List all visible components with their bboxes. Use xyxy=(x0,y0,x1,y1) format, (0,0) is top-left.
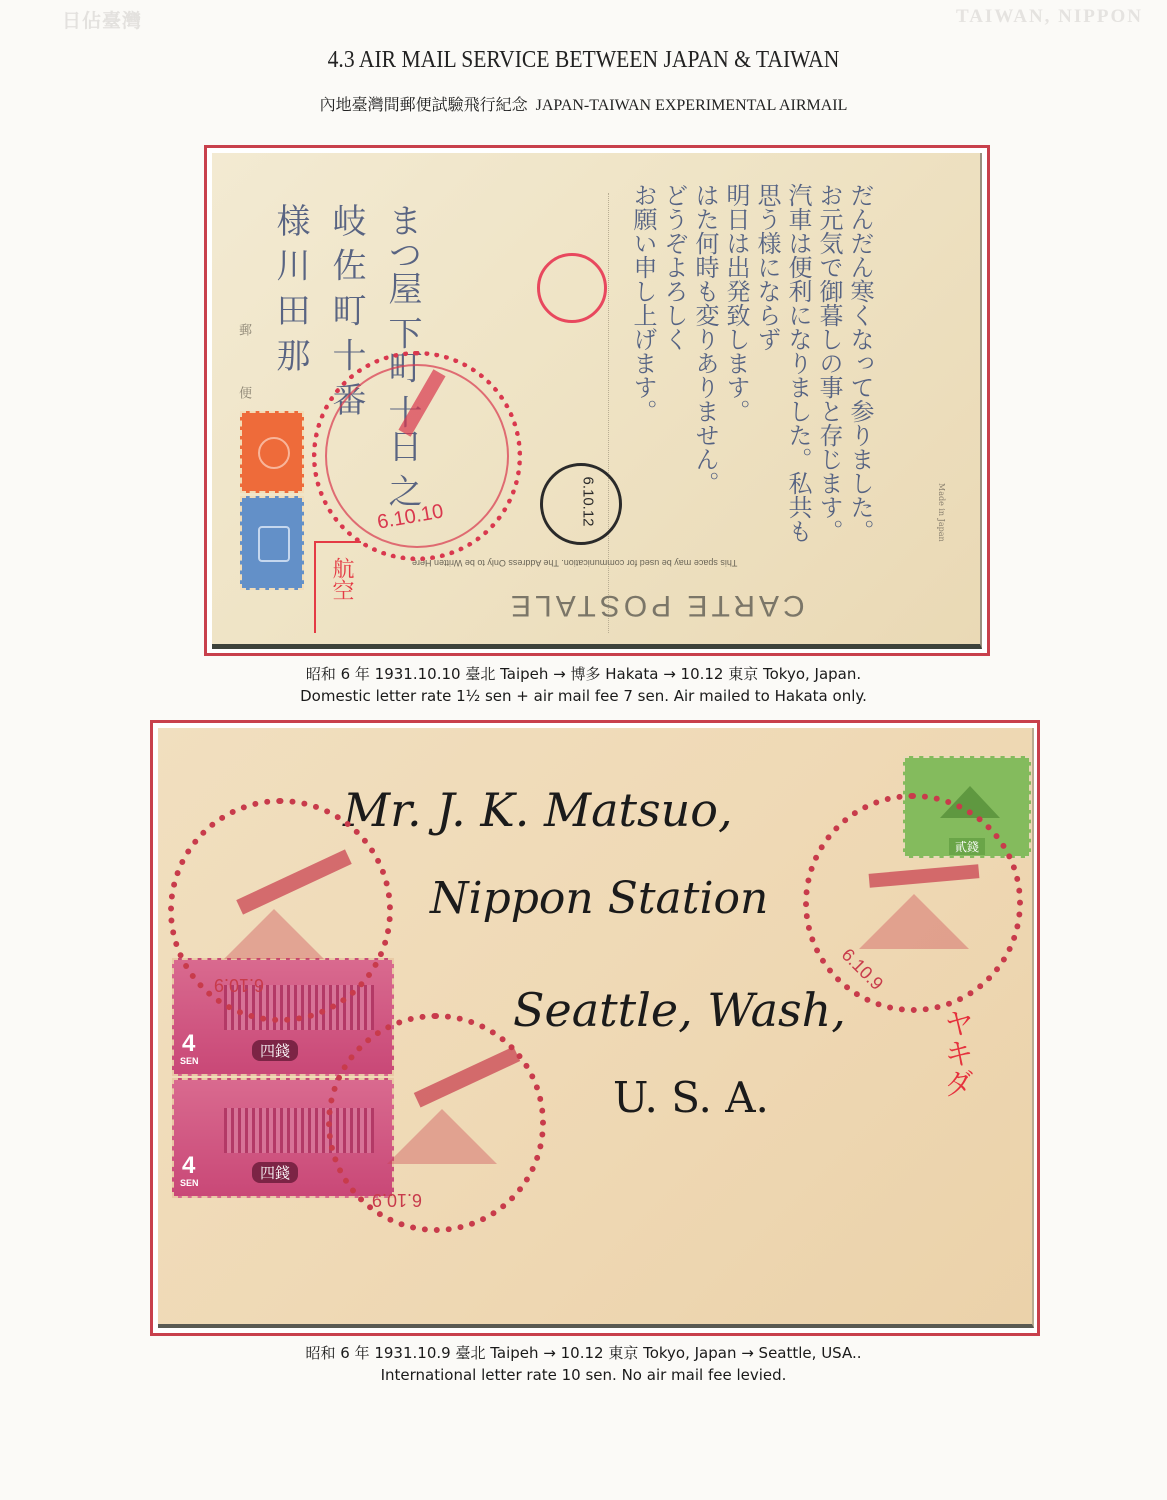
handwriting-message: だんだん寒くなって参りました。お元気で御暮しの事と存じます。汽車は便利になりまし… xyxy=(627,183,875,623)
commemorative-postmark-2: 6.10.9 xyxy=(326,1013,546,1233)
commemorative-postmark-3: 6.10.9 xyxy=(803,793,1023,1013)
made-in-japan: Made in Japan xyxy=(937,483,946,542)
stamp-orange-half-sen[interactable] xyxy=(240,411,304,493)
cover-caption-line2: International letter rate 10 sen. No air… xyxy=(0,1364,1167,1386)
page-title: 4.3 AIR MAIL SERVICE BETWEEN JAPAN & TAI… xyxy=(58,47,1108,74)
stamp-value-unit: SEN xyxy=(180,1056,199,1066)
address-side-note: This space may be used for communication… xyxy=(412,558,737,568)
cover-caption-line1: 昭和 6 年 1931.10.9 臺北 Taipeh → 10.12 東京 To… xyxy=(0,1342,1167,1364)
carte-postale: CARTE POSTALE xyxy=(507,588,805,622)
stamp-value-cjk: 四錢 xyxy=(252,1162,298,1183)
header-left-watermark: 日佔臺灣 xyxy=(62,6,142,33)
cover-caption: 昭和 6 年 1931.10.9 臺北 Taipeh → 10.12 東京 To… xyxy=(0,1342,1167,1386)
header-right-watermark: TAIWAN, NIPPON xyxy=(956,6,1143,28)
postcard-caption: 昭和 6 年 1931.10.10 臺北 Taipeh → 博多 Hakata … xyxy=(0,663,1167,707)
cover[interactable]: Mr. J. K. Matsuo, Nippon Station Seattle… xyxy=(158,728,1034,1328)
postcard-frame: 郵 便 まつ屋 下町 十日 之岐 佐 町 十 番様 川 田 那 だんだん寒くなっ… xyxy=(204,145,990,656)
chrysanthemum-icon xyxy=(258,437,290,469)
address-line-4: U. S. A. xyxy=(613,1073,769,1122)
datestamp-postmark: 6.10.12 xyxy=(540,463,622,545)
subtitle-en: JAPAN-TAIWAN EXPERIMENTAL AIRMAIL xyxy=(536,97,848,115)
address-line-3: Seattle, Wash, xyxy=(513,983,846,1037)
stamp-blue-1-sen[interactable] xyxy=(240,496,304,590)
page-subtitle: 內地臺灣間郵便試驗飛行紀念 JAPAN-TAIWAN EXPERIMENTAL … xyxy=(0,92,1167,115)
postcard-caption-line2: Domestic letter rate 1½ sen + air mail f… xyxy=(0,685,1167,707)
datestamp-date: 6.10.12 xyxy=(580,476,597,526)
airplane-icon xyxy=(414,1047,520,1108)
commemorative-postmark: 6.10.10 xyxy=(312,351,522,561)
postcard-caption-line1: 昭和 6 年 1931.10.10 臺北 Taipeh → 博多 Hakata … xyxy=(0,663,1167,685)
mountain-icon xyxy=(387,1109,497,1164)
chrysanthemum-icon xyxy=(258,526,290,562)
stamp-value-unit: SEN xyxy=(180,1178,199,1188)
printed-bin: 便 xyxy=(234,386,253,399)
cover-frame: Mr. J. K. Matsuo, Nippon Station Seattle… xyxy=(150,720,1040,1336)
airplane-icon xyxy=(869,864,980,888)
stamp-value-cjk: 四錢 xyxy=(252,1040,298,1061)
postmark-date: 6.10.9 xyxy=(214,974,264,995)
small-circle-postmark xyxy=(537,253,607,323)
postcard[interactable]: 郵 便 まつ屋 下町 十日 之岐 佐 町 十 番様 川 田 那 だんだん寒くなっ… xyxy=(212,153,982,649)
stamp-value-number: 4 xyxy=(182,1152,195,1180)
mountain-icon xyxy=(224,909,324,959)
mountain-icon xyxy=(859,894,969,949)
address-line-2: Nippon Station xyxy=(430,873,768,924)
red-airmail-marking: 航空 xyxy=(314,541,361,633)
stamp-value-number: 4 xyxy=(182,1030,195,1058)
commemorative-postmark-1: 6.10.9 xyxy=(168,798,393,1023)
postmark-date: 6.10.9 xyxy=(837,944,887,994)
airplane-icon xyxy=(236,849,352,914)
red-handwritten-note: ヤキダ xyxy=(933,1008,977,1098)
postmark-date: 6.10.9 xyxy=(372,1189,422,1210)
address-line-1: Mr. J. K. Matsuo, xyxy=(343,783,733,837)
subtitle-cjk: 內地臺灣間郵便試驗飛行紀念 xyxy=(320,92,528,115)
